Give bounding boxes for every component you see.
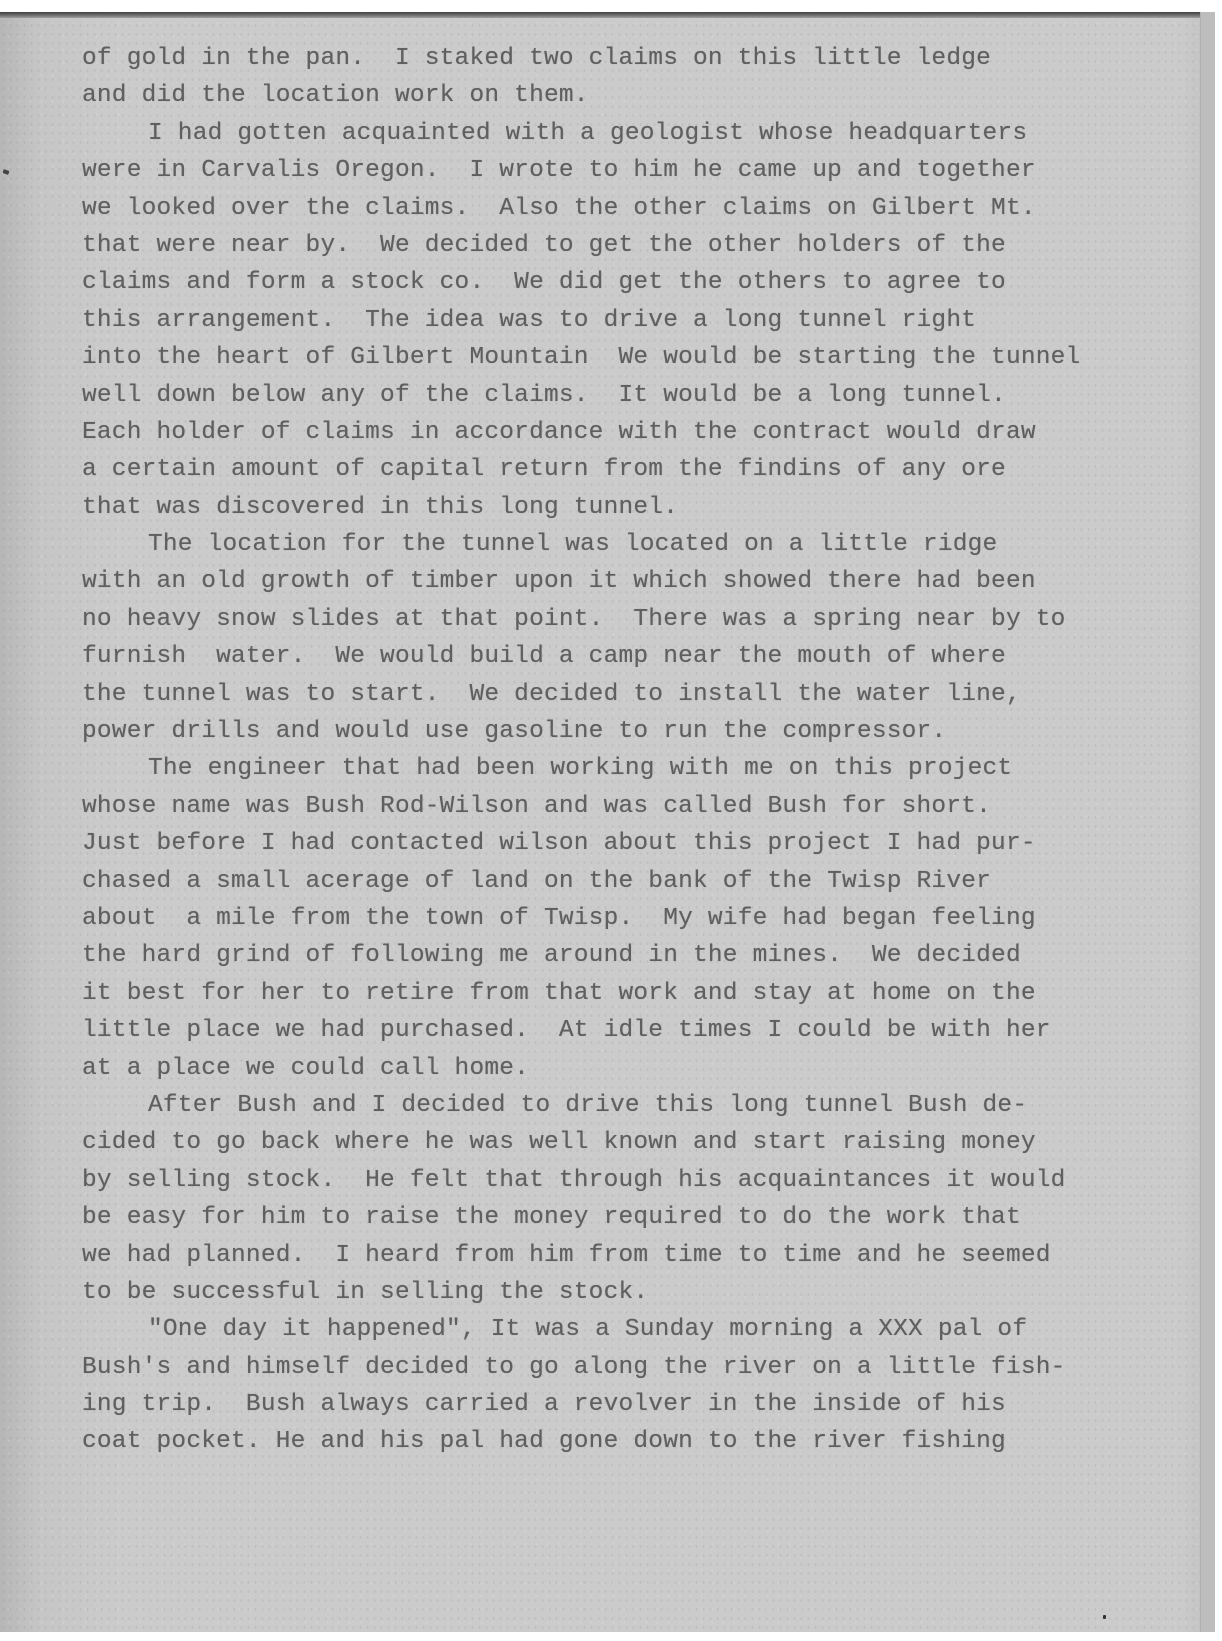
document-body: of gold in the pan. I staked two claims …	[82, 40, 1142, 1461]
text-line: well down below any of the claims. It wo…	[82, 377, 1142, 414]
page-right-edge	[1200, 12, 1215, 1632]
text-line: whose name was Bush Rod-Wilson and was c…	[82, 788, 1142, 825]
text-line: no heavy snow slides at that point. Ther…	[82, 601, 1142, 638]
text-line: were in Carvalis Oregon. I wrote to him …	[82, 152, 1142, 189]
text-line: cided to go back where he was well known…	[82, 1124, 1142, 1161]
paragraph: of gold in the pan. I staked two claims …	[82, 40, 1142, 115]
text-line: After Bush and I decided to drive this l…	[82, 1087, 1142, 1124]
page-top-edge	[0, 12, 1215, 18]
paragraph: I had gotten acquainted with a geologist…	[82, 115, 1142, 526]
text-line: chased a small acerage of land on the ba…	[82, 863, 1142, 900]
text-line: into the heart of Gilbert Mountain We wo…	[82, 339, 1142, 376]
text-line: ing trip. Bush always carried a revolver…	[82, 1386, 1142, 1423]
text-line: the hard grind of following me around in…	[82, 937, 1142, 974]
text-line: Each holder of claims in accordance with…	[82, 414, 1142, 451]
text-line: that was discovered in this long tunnel.	[82, 489, 1142, 526]
text-line: furnish water. We would build a camp nea…	[82, 638, 1142, 675]
text-line: this arrangement. The idea was to drive …	[82, 302, 1142, 339]
text-line: a certain amount of capital return from …	[82, 451, 1142, 488]
paragraph: "One day it happened", It was a Sunday m…	[82, 1311, 1142, 1461]
text-line: The engineer that had been working with …	[82, 750, 1142, 787]
text-line: I had gotten acquainted with a geologist…	[82, 115, 1142, 152]
text-line: by selling stock. He felt that through h…	[82, 1162, 1142, 1199]
ink-speck	[1103, 1615, 1106, 1619]
text-line: we had planned. I heard from him from ti…	[82, 1237, 1142, 1274]
paragraph: After Bush and I decided to drive this l…	[82, 1087, 1142, 1311]
text-line: at a place we could call home.	[82, 1050, 1142, 1087]
text-line: of gold in the pan. I staked two claims …	[82, 40, 1142, 77]
text-line: to be successful in selling the stock.	[82, 1274, 1142, 1311]
text-line: about a mile from the town of Twisp. My …	[82, 900, 1142, 937]
text-line: it best for her to retire from that work…	[82, 975, 1142, 1012]
text-line: "One day it happened", It was a Sunday m…	[82, 1311, 1142, 1348]
text-line: that were near by. We decided to get the…	[82, 227, 1142, 264]
text-line: The location for the tunnel was located …	[82, 526, 1142, 563]
text-line: little place we had purchased. At idle t…	[82, 1012, 1142, 1049]
text-line: be easy for him to raise the money requi…	[82, 1199, 1142, 1236]
text-line: coat pocket. He and his pal had gone dow…	[82, 1423, 1142, 1460]
text-line: we looked over the claims. Also the othe…	[82, 190, 1142, 227]
text-line: claims and form a stock co. We did get t…	[82, 264, 1142, 301]
paragraph: The engineer that had been working with …	[82, 750, 1142, 1087]
text-line: power drills and would use gasoline to r…	[82, 713, 1142, 750]
text-line: Just before I had contacted wilson about…	[82, 825, 1142, 862]
text-line: Bush's and himself decided to go along t…	[82, 1349, 1142, 1386]
text-line: and did the location work on them.	[82, 77, 1142, 114]
paragraph: The location for the tunnel was located …	[82, 526, 1142, 750]
text-line: the tunnel was to start. We decided to i…	[82, 676, 1142, 713]
text-line: with an old growth of timber upon it whi…	[82, 563, 1142, 600]
